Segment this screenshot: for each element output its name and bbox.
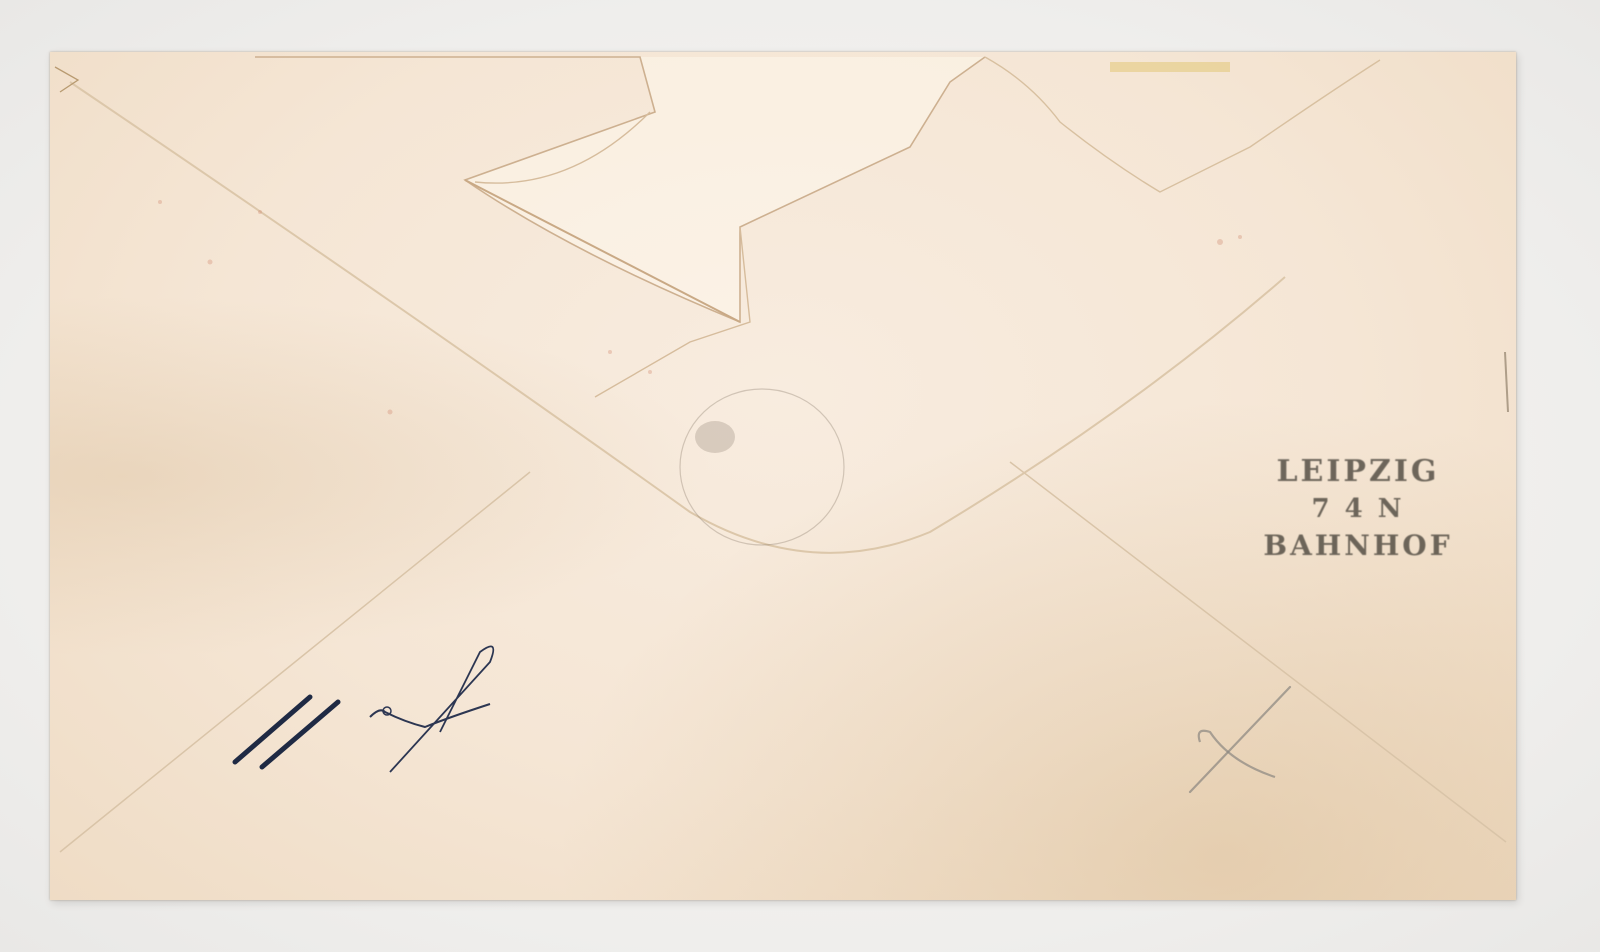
leipzig-postmark: LEIPZIG 7 4 N BAHNHOF <box>1238 454 1478 564</box>
postmark-station: BAHNHOF <box>1238 528 1478 564</box>
ink-handwriting <box>230 622 550 802</box>
postmark-city: LEIPZIG <box>1238 454 1478 490</box>
pencil-handwriting <box>1160 672 1320 822</box>
wax-seal-impression <box>680 389 844 545</box>
postmark-date: 7 4 N <box>1238 490 1478 528</box>
envelope-back: LEIPZIG 7 4 N BAHNHOF <box>50 52 1516 900</box>
